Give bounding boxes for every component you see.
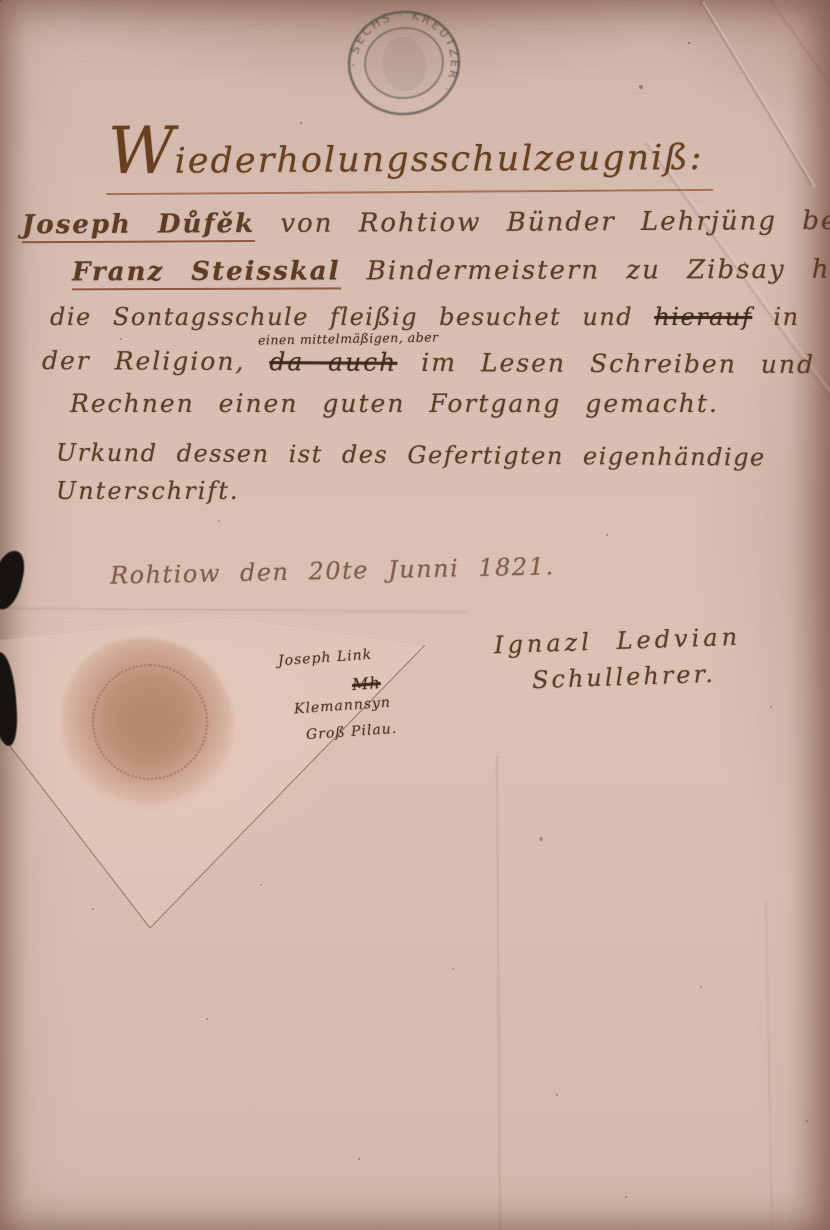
sechs-kreutzer-stamp-icon: · SECHS · KREUTZER · — [329, 0, 478, 130]
body-line-5: Rechnen einen guten Fortgang gemacht. — [70, 389, 719, 418]
body-line-4-text: der Religion, — [42, 346, 246, 376]
body-line-4: der Religion, da auch im Lesen Schreiben… — [42, 346, 815, 379]
body-line-3: die Sontagsschule fleißig besuchet und h… — [50, 303, 800, 331]
struck-words: da auch — [269, 347, 397, 377]
body-line-2: Franz Steisskal Bindermeistern zu Zibsay… — [72, 255, 830, 288]
body-line-2-text: Bindermeistern zu Zibsay hat — [367, 255, 830, 287]
wax-seal-ring — [92, 664, 208, 780]
body-line-3-end: in — [773, 303, 799, 331]
interline-insertion: einen mittelmäßigen, aber — [258, 329, 439, 347]
closing-line-2: Unterschrift. — [56, 477, 240, 505]
pupil-name: Joseph Důfěk — [22, 209, 255, 243]
document-scan: · SECHS · KREUTZER · Wiederholungsschulz… — [0, 0, 830, 1230]
body-line-1-text: von Rohtiow Bünder Lehrjüng beym — [280, 206, 830, 239]
struck-word: hierauf — [654, 303, 752, 331]
body-line-1: Joseph Důfěk von Rohtiow Bünder Lehrjüng… — [22, 206, 830, 241]
master-name: Franz Steisskal — [72, 256, 341, 290]
body-line-3-text: die Sontagsschule fleißig besuchet und — [50, 303, 633, 331]
side-note-flourish: Mh — [351, 673, 381, 694]
certificate-title: Wiederholungsschulzeugniß: — [106, 110, 714, 195]
closing-line-1: Urkund dessen ist des Gefertigten eigenh… — [56, 439, 766, 472]
body-line-4-end: im Lesen Schreiben und — [421, 348, 815, 379]
